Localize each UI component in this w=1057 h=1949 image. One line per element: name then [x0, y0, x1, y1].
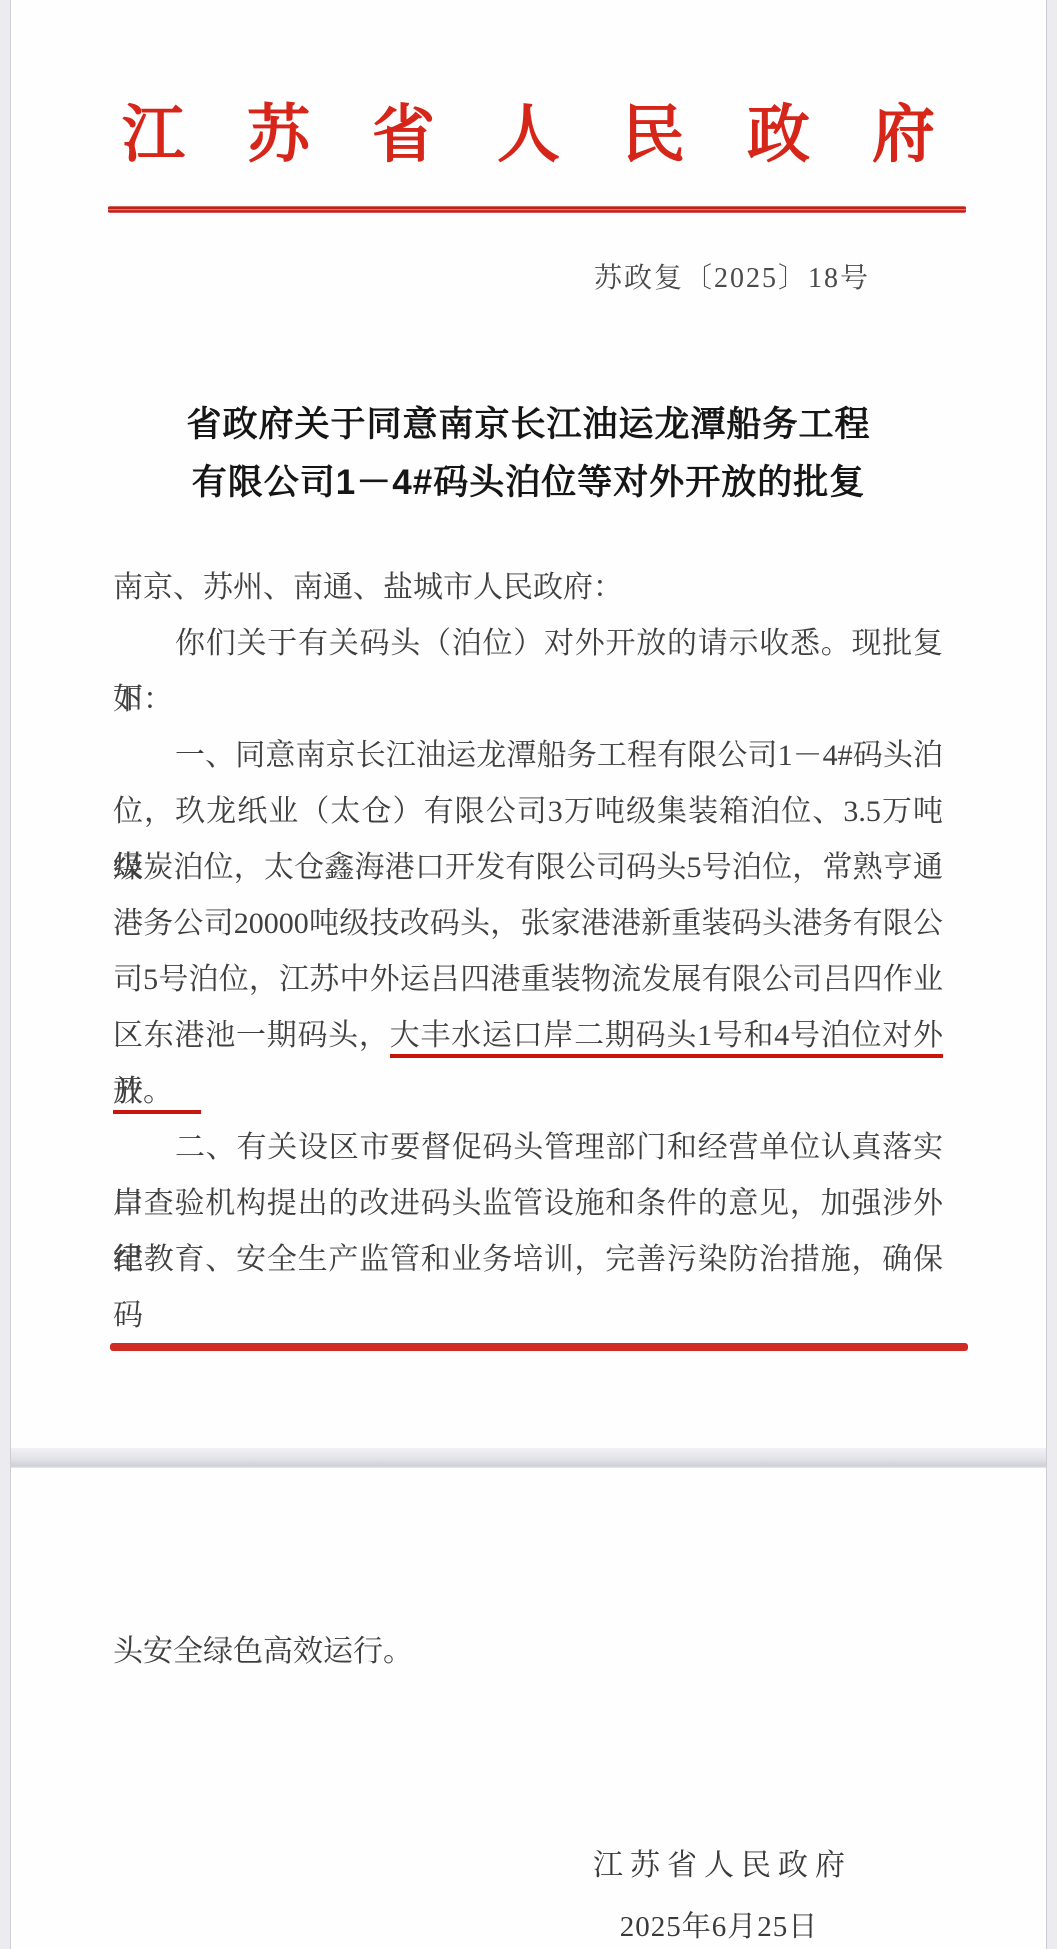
- red-underlined-text: 放。: [113, 1075, 201, 1114]
- body-line: 岸查验机构提出的改进码头监管设施和条件的意见，加强涉外纪: [113, 1176, 943, 1232]
- photo-left-edge: [0, 0, 11, 1949]
- document-page-1: 江苏省人民政府 苏政复〔2025〕18号 省政府关于同意南京长江油运龙潭船务工程…: [10, 0, 1047, 1448]
- document-body: 南京、苏州、南通、盐城市人民政府： 你们关于有关码头（泊位）对外开放的请示收悉。…: [113, 560, 943, 1288]
- body-line: 你们关于有关码头（泊位）对外开放的请示收悉。现批复如: [113, 616, 943, 672]
- document-photo: 江苏省人民政府 苏政复〔2025〕18号 省政府关于同意南京长江油运龙潭船务工程…: [0, 0, 1057, 1949]
- body-line: 司5号泊位，江苏中外运吕四港重装物流发展有限公司吕四作业: [113, 952, 943, 1008]
- body-text-segment: 区东港池一期码头，: [113, 1019, 390, 1052]
- document-page-2: 头安全绿色高效运行。 江苏省人民政府 2025年6月25日: [10, 1468, 1047, 1949]
- body-line: 头安全绿色高效运行。: [113, 1626, 413, 1670]
- document-title-line-2: 有限公司1－4#码头泊位等对外开放的批复: [10, 454, 1047, 512]
- body-line: 放。: [113, 1064, 943, 1120]
- photo-right-edge: [1046, 0, 1057, 1949]
- body-line: 下：: [113, 672, 943, 728]
- page-footer-separator-line: [110, 1343, 968, 1351]
- document-title: 省政府关于同意南京长江油运龙潭船务工程 有限公司1－4#码头泊位等对外开放的批复: [10, 396, 1047, 512]
- signature-block: 江苏省人民政府 2025年6月25日: [591, 1840, 847, 1945]
- body-line: 煤炭泊位，太仓鑫海港口开发有限公司码头5号泊位，常熟亨通: [113, 840, 943, 896]
- body-line: 律教育、安全生产监管和业务培训，完善污染防治措施，确保码: [113, 1232, 943, 1288]
- signature-date: 2025年6月25日: [591, 1904, 847, 1945]
- letterhead-separator-line: [108, 206, 966, 213]
- document-title-line-1: 省政府关于同意南京长江油运龙潭船务工程: [10, 396, 1047, 454]
- body-line: 港务公司20000吨级技改码头，张家港港新重装码头港务有限公: [113, 896, 943, 952]
- body-line: 二、有关设区市要督促码头管理部门和经营单位认真落实口: [113, 1120, 943, 1176]
- body-line: 区东港池一期码头，大丰水运口岸二期码头1号和4号泊位对外开: [113, 1008, 943, 1064]
- page-gap: [0, 1448, 1057, 1468]
- salutation-line: 南京、苏州、南通、盐城市人民政府：: [113, 560, 943, 616]
- body-line: 位，玖龙纸业（太仓）有限公司3万吨级集装箱泊位、3.5万吨级: [113, 784, 943, 840]
- document-number: 苏政复〔2025〕18号: [10, 256, 870, 296]
- body-line: 一、同意南京长江油运龙潭船务工程有限公司1－4#码头泊: [113, 728, 943, 784]
- letterhead-org-name: 江苏省人民政府: [10, 84, 1057, 175]
- signature-org-name: 江苏省人民政府: [591, 1840, 854, 1884]
